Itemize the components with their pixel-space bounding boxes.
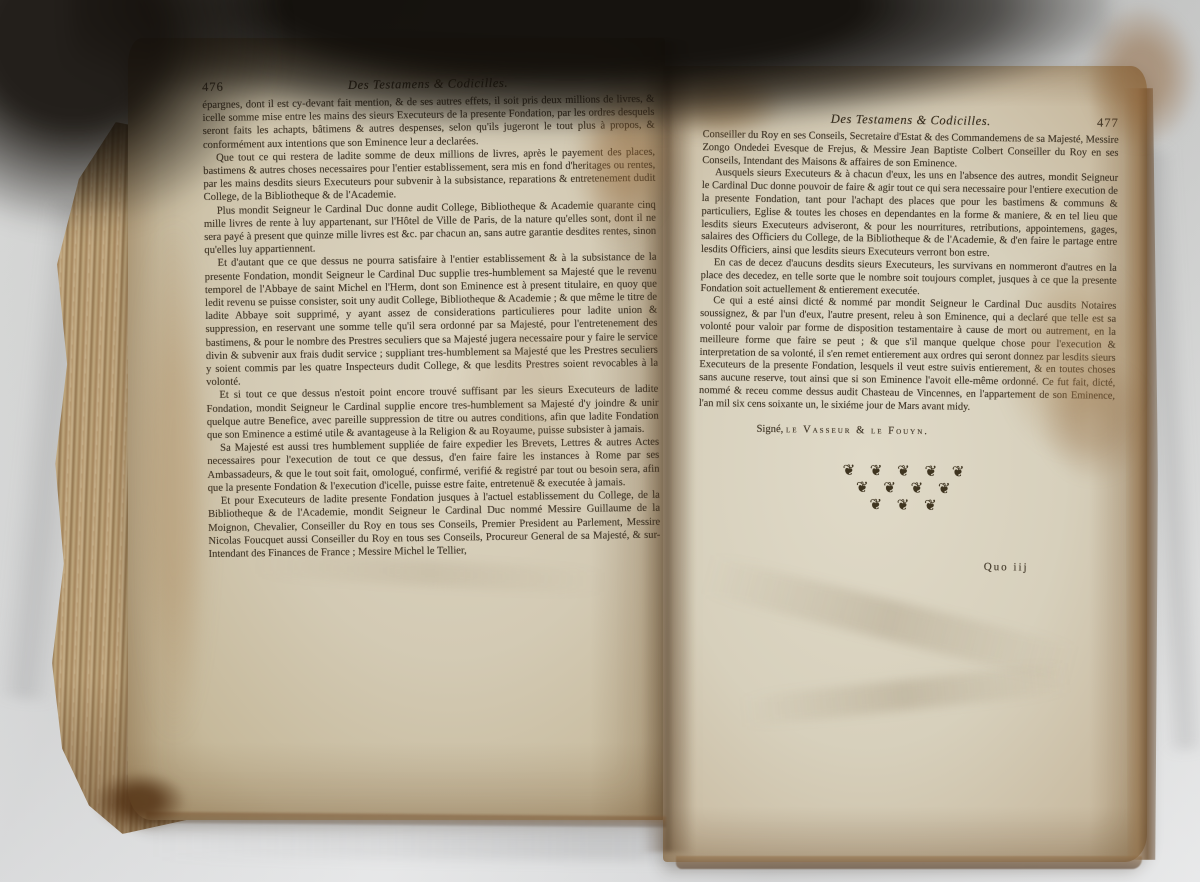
signature-prefix: Signé, (756, 423, 783, 434)
printer-ornament: ❦ ❦ ❦ ❦ ❦ ❦ ❦ ❦ ❦ ❦ ❦ ❦ (697, 459, 1114, 516)
signature-names: le Vasseur & le Fouyn. (786, 424, 929, 437)
paragraph: Et pour Executeurs de ladite presente Fo… (208, 489, 661, 561)
paragraph: Conseiller du Roy en ses Conseils, Secre… (702, 129, 1118, 173)
bottom-page-edge-right (676, 856, 1142, 869)
stain (94, 772, 186, 830)
fore-edge-right (1124, 88, 1158, 860)
photo-scene: 476 Des Testamens & Codicilles. épargnes… (0, 0, 1200, 882)
stain (455, 290, 595, 510)
paragraph: Ausquels sieurs Executeurs & à chacun d'… (701, 167, 1118, 262)
stain (1040, 360, 1150, 480)
paragraph: Sa Majesté est aussi tres humblement sup… (207, 436, 660, 495)
stain (138, 225, 210, 735)
top-left-corner-shadow (0, 0, 290, 240)
